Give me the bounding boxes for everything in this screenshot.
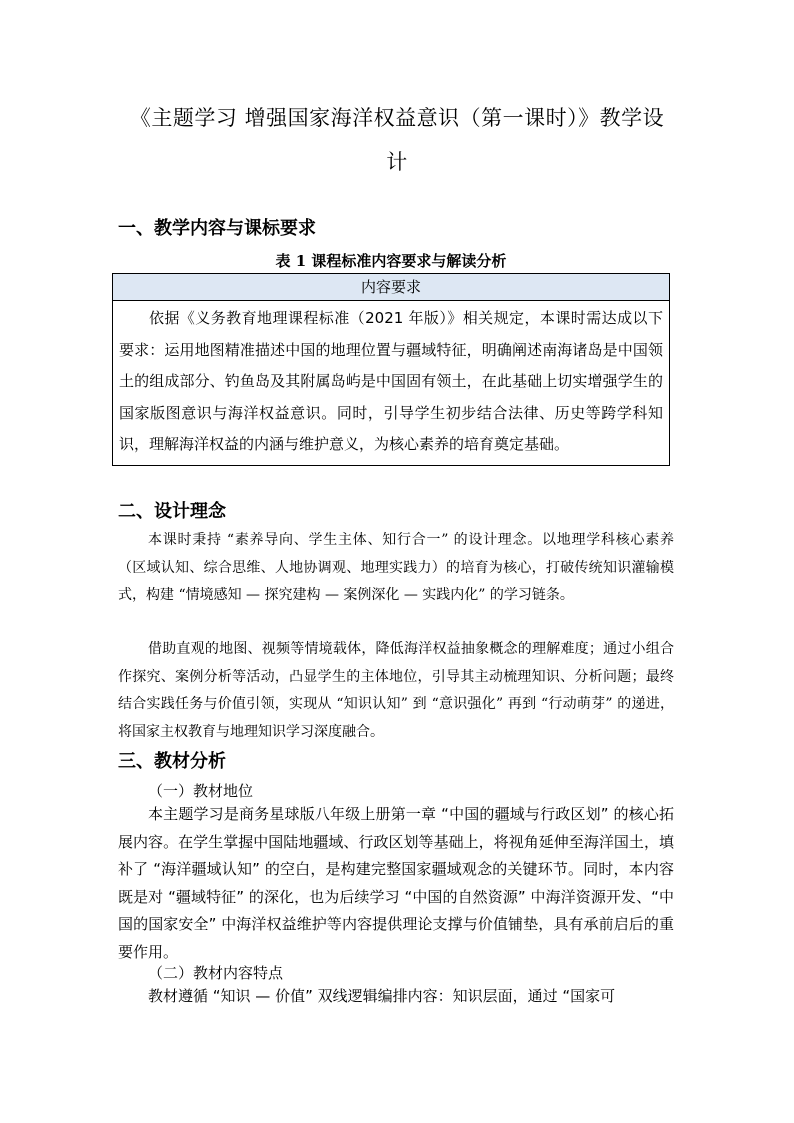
subsection-heading-2: （二）教材内容特点: [148, 962, 283, 983]
design-concept-paragraph-2: 借助直观的地图、视频等情境载体，降低海洋权益抽象概念的理解难度；通过小组合作探究…: [118, 636, 674, 746]
requirements-table: 内容要求 依据《义务教育地理课程标准（2021 年版）》相关规定，本课时需达成以…: [112, 273, 670, 466]
section-heading-3: 三、教材分析: [118, 747, 226, 773]
section-heading-2: 二、设计理念: [118, 497, 226, 523]
table-body-cell: 依据《义务教育地理课程标准（2021 年版）》相关规定，本课时需达成以下要求：运…: [113, 301, 669, 465]
subsection-heading-1: （一）教材地位: [148, 780, 253, 801]
textbook-position-paragraph: 本主题学习是商务星球版八年级上册第一章 “中国的疆域与行政区划” 的核心拓展内容…: [118, 801, 674, 966]
document-page: 《主题学习 增强国家海洋权益意识（第一课时）》教学设 计 一、教学内容与课标要求…: [0, 0, 794, 1123]
textbook-features-paragraph: 教材遵循 “知识 — 价值” 双线逻辑编排内容：知识层面，通过 “国家可: [118, 983, 674, 1011]
document-title: 《主题学习 增强国家海洋权益意识（第一课时）》教学设 计: [100, 96, 694, 184]
title-line-1: 《主题学习 增强国家海洋权益意识（第一课时）》教学设: [100, 96, 694, 140]
table-header-cell: 内容要求: [113, 274, 669, 301]
table-caption: 表 1 课程标准内容要求与解读分析: [112, 250, 670, 271]
section-heading-1: 一、教学内容与课标要求: [118, 214, 316, 240]
title-line-2: 计: [100, 140, 694, 184]
design-concept-paragraph-1: 本课时秉持 “素养导向、学生主体、知行合一” 的设计理念。以地理学科核心素养（区…: [118, 527, 674, 610]
